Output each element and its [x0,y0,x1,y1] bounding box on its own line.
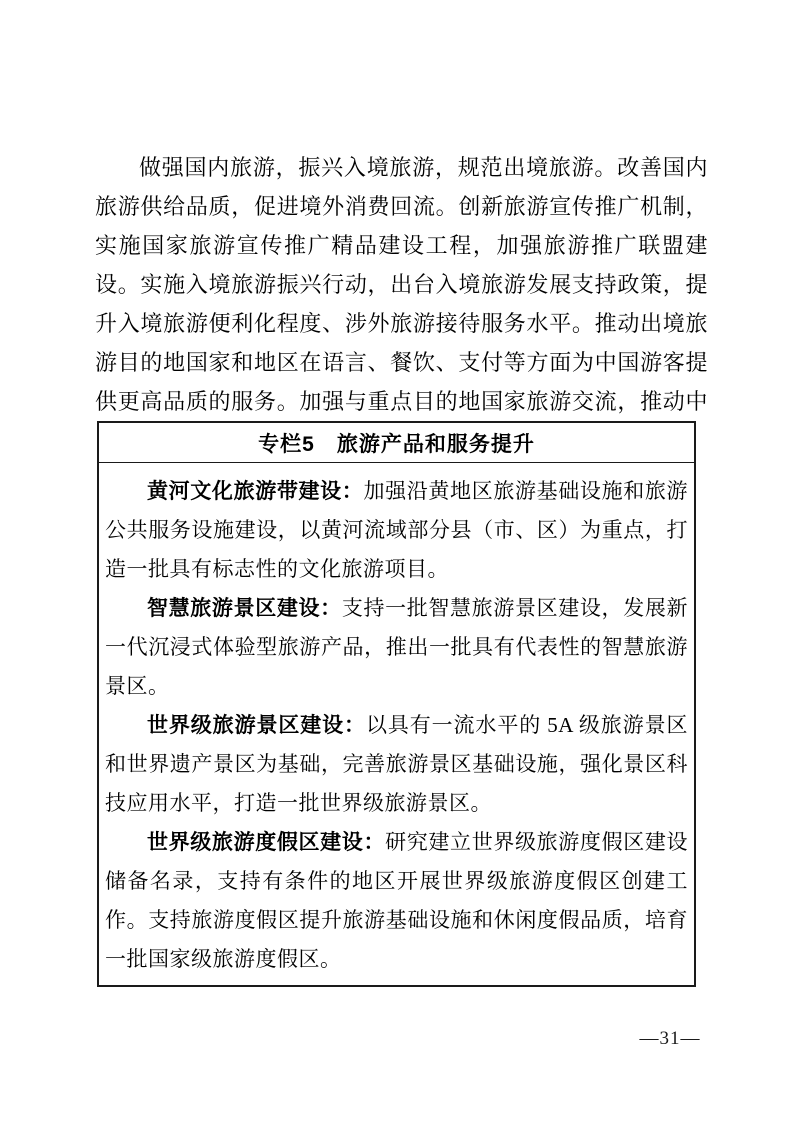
box-paragraph: 世界级旅游度假区建设：研究建立世界级旅游度假区建设储备名录，支持有条件的地区开展… [105,823,688,979]
document-page: 做强国内旅游，振兴入境旅游，规范出境旅游。改善国内旅游供给品质，促进境外消费回流… [0,0,793,1122]
column-5-box-body: 黄河文化旅游带建设：加强沿黄地区旅游基础设施和旅游公共服务设施建设，以黄河流域部… [99,463,694,985]
box-paragraph-lead: 智慧旅游景区建设： [147,596,342,620]
box-paragraph: 智慧旅游景区建设：支持一批智慧旅游景区建设，发展新一代沉浸式体验型旅游产品，推出… [105,589,688,706]
page-number: —31— [630,1028,710,1050]
box-paragraph-lead: 黄河文化旅游带建设： [147,479,363,503]
box-paragraph-lead: 世界级旅游景区建设： [147,713,366,737]
body-paragraph: 做强国内旅游，振兴入境旅游，规范出境旅游。改善国内旅游供给品质，促进境外消费回流… [95,148,708,460]
column-5-box: 专栏5 旅游产品和服务提升 黄河文化旅游带建设：加强沿黄地区旅游基础设施和旅游公… [97,421,696,987]
body-paragraph-block: 做强国内旅游，振兴入境旅游，规范出境旅游。改善国内旅游供给品质，促进境外消费回流… [95,148,708,460]
box-paragraph-lead: 世界级旅游度假区建设： [147,830,385,854]
box-paragraph: 黄河文化旅游带建设：加强沿黄地区旅游基础设施和旅游公共服务设施建设，以黄河流域部… [105,472,688,589]
column-5-box-title: 专栏5 旅游产品和服务提升 [99,423,694,463]
box-paragraph: 世界级旅游景区建设：以具有一流水平的 5A 级旅游景区和世界遗产景区为基础，完善… [105,706,688,823]
